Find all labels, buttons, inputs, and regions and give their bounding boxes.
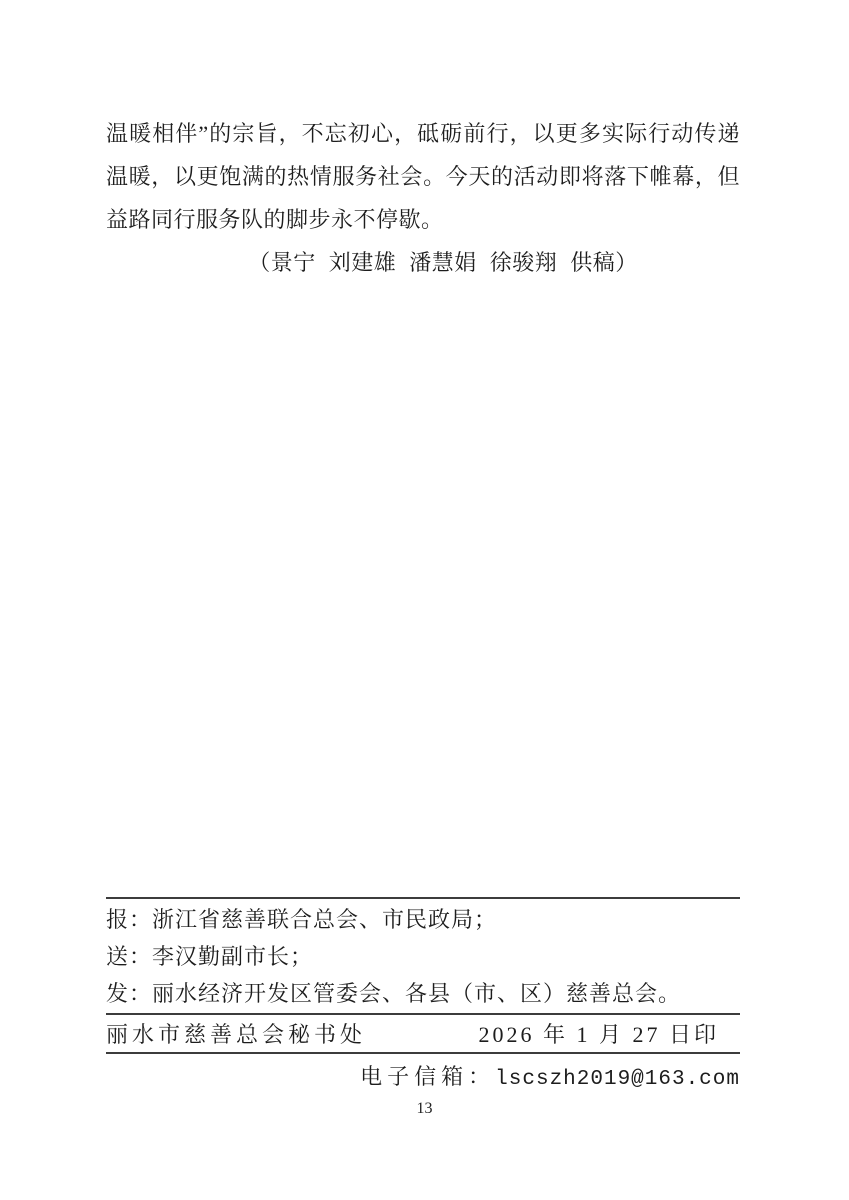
print-date: 2026 年 1 月 27 日印 — [478, 1018, 719, 1049]
divider-bottom — [106, 1052, 740, 1054]
issuer-row: 丽水市慈善总会秘书处 2026 年 1 月 27 日印 — [106, 1015, 740, 1052]
paragraph-line-2: 温暖，以更饱满的热情服务社会。今天的活动即将落下帷幕，但 — [106, 155, 740, 198]
distribution-line-song: 送：李汉勤副市长； — [106, 938, 740, 975]
attribution-line: （景宁 刘建雄 潘慧娟 徐骏翔 供稿） — [106, 241, 740, 284]
email-label: 电子信箱： — [360, 1064, 495, 1089]
paragraph-line-3: 益路同行服务队的脚步永不停歇。 — [106, 198, 740, 241]
document-footer: 报：浙江省慈善联合总会、市民政局； 送：李汉勤副市长； 发：丽水经济开发区管委会… — [106, 897, 740, 1095]
email-row: 电子信箱：lscszh2019@163.com — [106, 1062, 740, 1095]
email-address: lscszh2019@163.com — [495, 1068, 740, 1091]
distribution-line-fa: 发：丽水经济开发区管委会、各县（市、区）慈善总会。 — [106, 975, 740, 1012]
document-page: 温暖相伴”的宗旨，不忘初心，砥砺前行，以更多实际行动传递 温暖，以更饱满的热情服… — [0, 0, 849, 1200]
distribution-block: 报：浙江省慈善联合总会、市民政局； 送：李汉勤副市长； 发：丽水经济开发区管委会… — [106, 899, 740, 1013]
distribution-line-bao: 报：浙江省慈善联合总会、市民政局； — [106, 901, 740, 938]
paragraph-line-1: 温暖相伴”的宗旨，不忘初心，砥砺前行，以更多实际行动传递 — [106, 112, 740, 155]
issuer-name: 丽水市慈善总会秘书处 — [106, 1018, 366, 1049]
page-number: 13 — [0, 1100, 849, 1118]
document-body: 温暖相伴”的宗旨，不忘初心，砥砺前行，以更多实际行动传递 温暖，以更饱满的热情服… — [106, 112, 740, 284]
